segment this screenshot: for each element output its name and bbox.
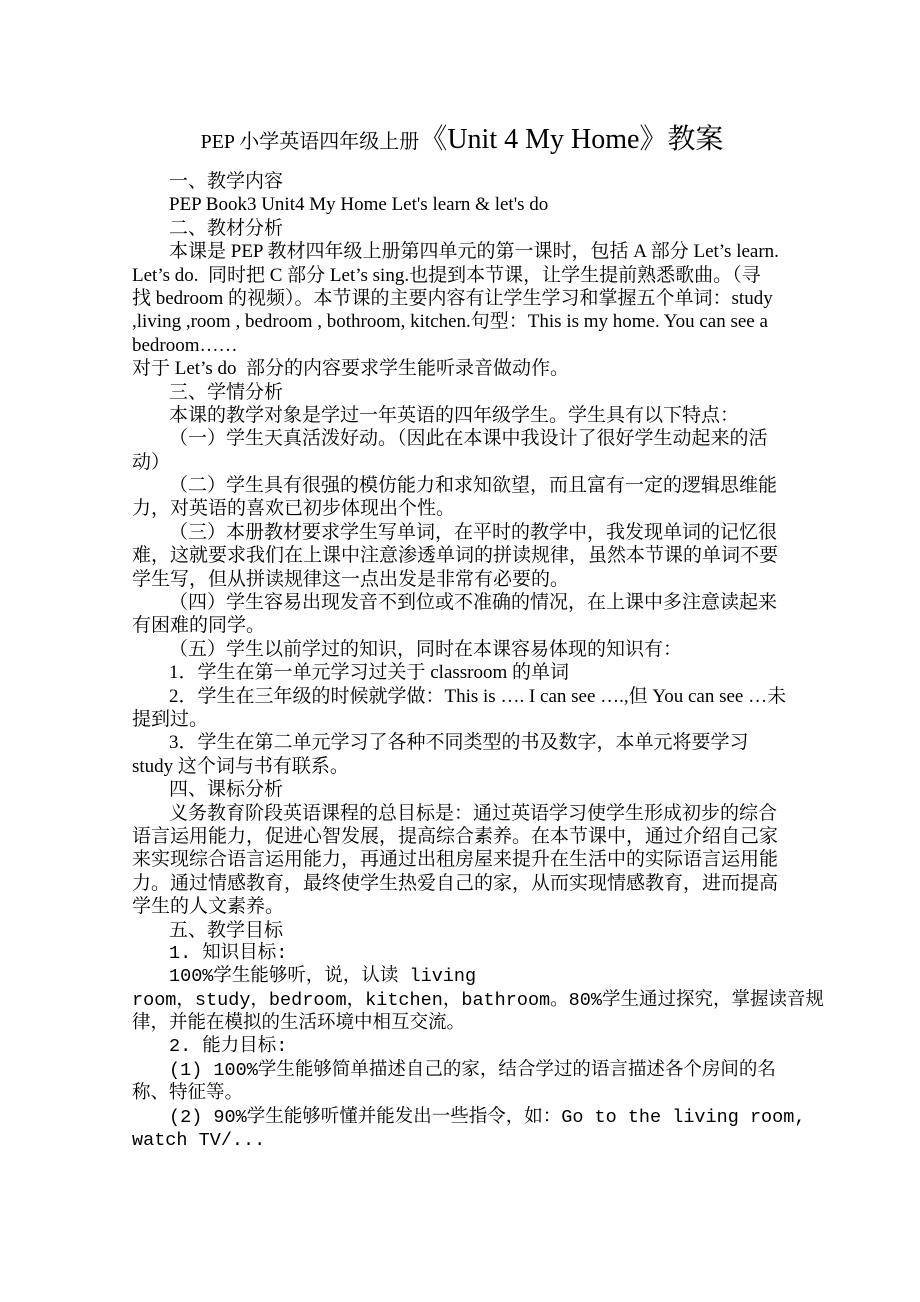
text-line: 律，并能在模拟的生活环境中相互交流。 [132, 1012, 792, 1035]
text-line: 动） [132, 451, 792, 474]
text-line: 力。通过情感教育，最终使学生热爱自己的家，从而实现情感教育，进而提高 [132, 872, 792, 895]
text-line: 提到过。 [132, 708, 792, 731]
text-line: 五、教学目标 [132, 919, 792, 942]
text-line: 语言运用能力，促进心智发展，提高综合素养。在本节课中，通过介绍自己家 [132, 825, 792, 848]
text-line: 难，这就要求我们在上课中注意渗透单词的拼读规律，虽然本节课的单词不要 [132, 544, 792, 567]
document-body: 一、教学内容PEP Book3 Unit4 My Home Let's lear… [132, 170, 792, 1152]
text-line: (2) 90%学生能够听懂并能发出一些指令，如：Go to the living… [132, 1106, 792, 1129]
text-line: 本课是 PEP 教材四年级上册第四单元的第一课时，包括 A 部分 Let’s l… [132, 240, 792, 263]
text-line: （一）学生天真活泼好动。（因此在本课中我设计了很好学生动起来的活 [132, 427, 792, 450]
text-line: 100%学生能够听，说，认读 living [132, 965, 792, 988]
text-line: 本课的教学对象是学过一年英语的四年级学生。学生具有以下特点： [132, 404, 792, 427]
title-main: 《Unit 4 My Home》教案 [419, 124, 723, 155]
document-title: PEP 小学英语四年级上册《Unit 4 My Home》教案 [132, 118, 792, 170]
text-line: 有困难的同学。 [132, 614, 792, 637]
text-line: 找 bedroom 的视频）。本节课的主要内容有让学生学习和掌握五个单词：stu… [132, 287, 792, 310]
text-line: 一、教学内容 [132, 170, 792, 193]
text-line: （五）学生以前学过的知识，同时在本课容易体现的知识有： [132, 638, 792, 661]
text-line: ,living ,room , bedroom , bothroom, kitc… [132, 310, 792, 333]
text-line: 来实现综合语言运用能力，再通过出租房屋来提升在生活中的实际语言运用能 [132, 848, 792, 871]
text-line: 二、教材分析 [132, 217, 792, 240]
text-line: 1．学生在第一单元学习过关于 classroom 的单词 [132, 661, 792, 684]
document-content: PEP 小学英语四年级上册《Unit 4 My Home》教案 一、教学内容PE… [132, 118, 792, 1152]
text-line: study 这个词与书有联系。 [132, 755, 792, 778]
text-line: 义务教育阶段英语课程的总目标是：通过英语学习使学生形成初步的综合 [132, 802, 792, 825]
text-line: PEP Book3 Unit4 My Home Let's learn & le… [132, 193, 792, 216]
text-line: room，study，bedroom，kitchen，bathroom。80%学… [132, 989, 792, 1012]
text-line: 对于 Let’s do 部分的内容要求学生能听录音做动作。 [132, 357, 792, 380]
text-line: （二）学生具有很强的模仿能力和求知欲望，而且富有一定的逻辑思维能 [132, 474, 792, 497]
text-line: 1. 知识目标: [132, 942, 792, 965]
text-line: 2. 能力目标: [132, 1035, 792, 1058]
title-prefix: PEP 小学英语四年级上册 [201, 131, 420, 153]
text-line: 四、课标分析 [132, 778, 792, 801]
text-line: 学生的人文素养。 [132, 895, 792, 918]
text-line: (1) 100%学生能够简单描述自己的家，结合学过的语言描述各个房间的名 [132, 1059, 792, 1082]
text-line: 称、特征等。 [132, 1082, 792, 1105]
document-page: PEP 小学英语四年级上册《Unit 4 My Home》教案 一、教学内容PE… [0, 0, 920, 1302]
text-line: 学生写，但从拼读规律这一点出发是非常有必要的。 [132, 568, 792, 591]
text-line: 三、学情分析 [132, 381, 792, 404]
text-line: 力，对英语的喜欢已初步体现出个性。 [132, 497, 792, 520]
text-line: 3．学生在第二单元学习了各种不同类型的书及数字，本单元将要学习 [132, 731, 792, 754]
text-line: watch TV/... [132, 1129, 792, 1152]
text-line: （三）本册教材要求学生写单词，在平时的教学中，我发现单词的记忆很 [132, 521, 792, 544]
text-line: bedroom…… [132, 334, 792, 357]
text-line: （四）学生容易出现发音不到位或不准确的情况，在上课中多注意读起来 [132, 591, 792, 614]
text-line: 2．学生在三年级的时候就学做：This is …. I can see ….,但… [132, 685, 792, 708]
text-line: Let’s do. 同时把 C 部分 Let’s sing.也提到本节课，让学生… [132, 264, 792, 287]
